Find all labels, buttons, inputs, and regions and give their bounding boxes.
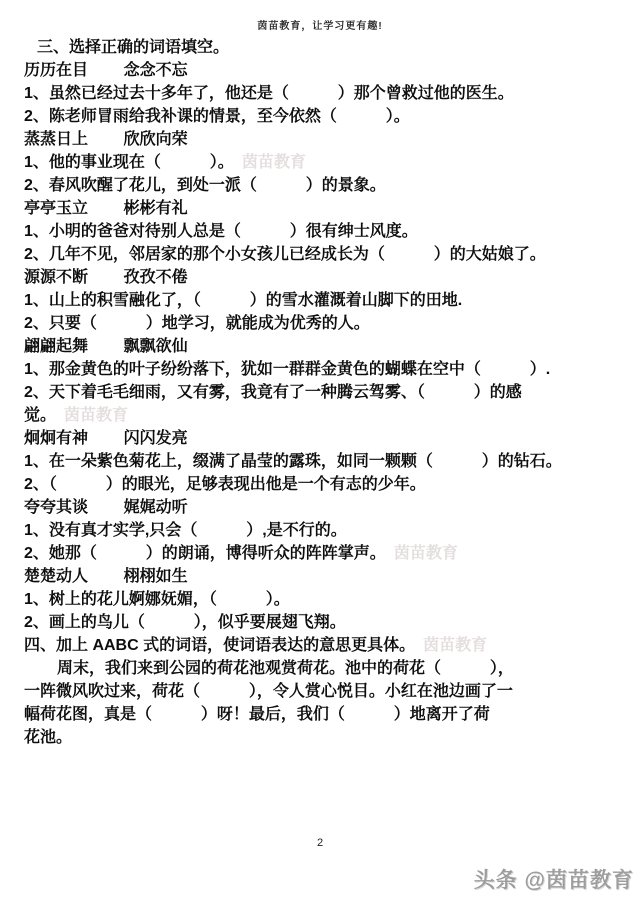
inline-watermark: 茵苗教育 [64,407,128,424]
exercise-item: 2、她那（ ）的朗诵，博得听众的阵阵掌声。茵苗教育 [24,542,620,565]
word-pair: 炯炯有神 闪闪发亮 [24,427,620,450]
exercise-item: 1、那金黄色的叶子纷纷落下，犹如一群群金黄色的蝴蝶在空中（ ）. [24,358,620,381]
inline-watermark: 茵苗教育 [394,545,458,562]
exercise-item: 2、陈老师冒雨给我补课的情景，至今依然（ ）。 [24,105,620,128]
exercise-item: 2、只要（ ）地学习，就能成为优秀的人。 [24,312,620,335]
exercise-item: 1、虽然已经过去十多年了，他还是（ ）那个曾救过他的医生。 [24,82,620,105]
worksheet-page: 茵苗教育，让学习更有趣! 三、选择正确的词语填空。 历历在目 念念不忘 1、虽然… [0,0,640,905]
inline-watermark: 茵苗教育 [423,637,487,654]
section-three-title: 三、选择正确的词语填空。 [24,36,620,59]
exercise-item: 2、（ ）的眼光，足够表现出他是一个有志的少年。 [24,473,620,496]
word-pair: 历历在目 念念不忘 [24,59,620,82]
inline-watermark: 茵苗教育 [242,154,306,171]
exercise-item: 2、春风吹醒了花儿，到处一派（ ）的景象。 [24,174,620,197]
top-slogan: 茵苗教育，让学习更有趣! [0,17,640,32]
footer-brand-watermark: 头条 @茵苗教育 [474,864,634,894]
exercise-item: 1、树上的花儿婀娜妩媚，（ ）。 [24,588,620,611]
document-body: 三、选择正确的词语填空。 历历在目 念念不忘 1、虽然已经过去十多年了，他还是（… [24,36,620,749]
exercise-item-text: 2、她那（ ）的朗诵，博得听众的阵阵掌声。 [24,545,386,562]
page-number: 2 [0,837,640,849]
word-pair: 蒸蒸日上 欣欣向荣 [24,128,620,151]
section-four-title: 四、加上 AABC 式的词语，使词语表达的意思更具体。茵苗教育 [24,634,620,657]
exercise-item: 2、画上的鸟儿（ ），似乎要展翅飞翔。 [24,611,620,634]
word-pair: 翩翩起舞 飘飘欲仙 [24,335,620,358]
exercise-item: 1、山上的积雪融化了，（ ）的雪水灌溉着山脚下的田地. [24,289,620,312]
word-pair: 夸夸其谈 娓娓动听 [24,496,620,519]
section-four-title-text: 四、加上 AABC 式的词语，使词语表达的意思更具体。 [24,637,415,654]
exercise-item-text: 1、他的事业现在（ ）。 [24,154,234,171]
section-four-paragraph: 周末，我们来到公园的荷花池观赏荷花。池中的荷花（ ）， 一阵微风吹过来，荷花（ … [24,657,620,749]
word-pair: 源源不断 孜孜不倦 [24,266,620,289]
word-pair: 楚楚动人 栩栩如生 [24,565,620,588]
exercise-item: 1、小明的爸爸对待别人总是（ ）很有绅士风度。 [24,220,620,243]
exercise-item: 2、几年不见，邻居家的那个小女孩儿已经成长为（ ）的大姑娘了。 [24,243,620,266]
exercise-item: 1、他的事业现在（ ）。茵苗教育 [24,151,620,174]
word-pair: 亭亭玉立 彬彬有礼 [24,197,620,220]
exercise-item: 1、没有真才实学,只会（ ）,是不行的。 [24,519,620,542]
exercise-item: 1、在一朵紫色菊花上，缀满了晶莹的露珠，如同一颗颗（ ）的钻石。 [24,450,620,473]
exercise-item: 2、天下着毛毛细雨，又有雾，我竟有了一种腾云驾雾、（ ）的感 觉。茵苗教育 [24,381,620,427]
